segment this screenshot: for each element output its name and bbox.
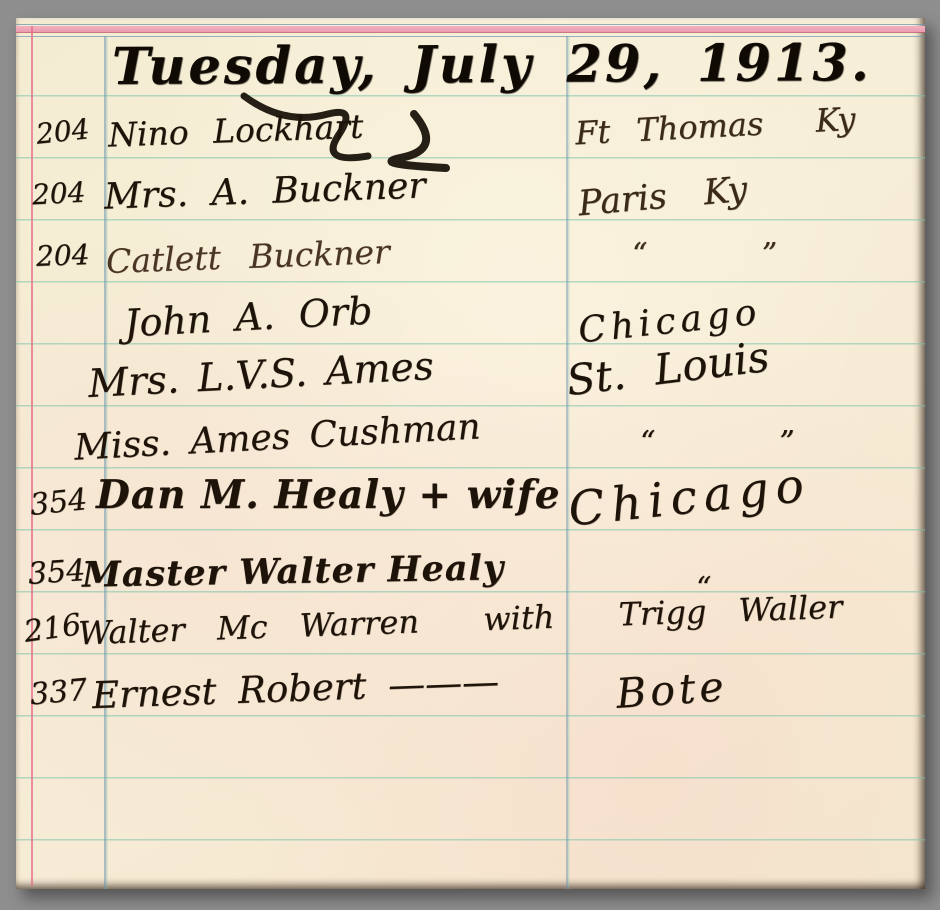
room-number: 216 [22, 610, 83, 648]
room-number: 337 [29, 676, 89, 711]
residence-ditto-marks: “ ” [632, 240, 777, 270]
page-title-date: Tuesday, July 29, 1913. [112, 38, 872, 93]
residence: Bote [615, 666, 729, 715]
guest-name: Catlett Buckner [106, 235, 391, 278]
header-rule-line [16, 24, 925, 25]
guest-name: Dan M. Healy + wife [96, 476, 561, 515]
room-number: 204 [36, 241, 90, 271]
residence-ditto-marks: “ ” [640, 428, 795, 458]
room-number: 354 [27, 556, 86, 590]
room-number: 204 [31, 179, 86, 210]
left-margin-line [31, 26, 33, 886]
register-page: Tuesday, July 29, 1913. 204 Nino Lockhar… [16, 18, 925, 889]
room-number: 204 [35, 115, 91, 148]
guest-name: Master Walter Healy [82, 550, 505, 592]
residence-column-line [566, 36, 568, 889]
guest-name: Nino Lockhart [108, 110, 364, 152]
room-number: 354 [29, 485, 89, 521]
